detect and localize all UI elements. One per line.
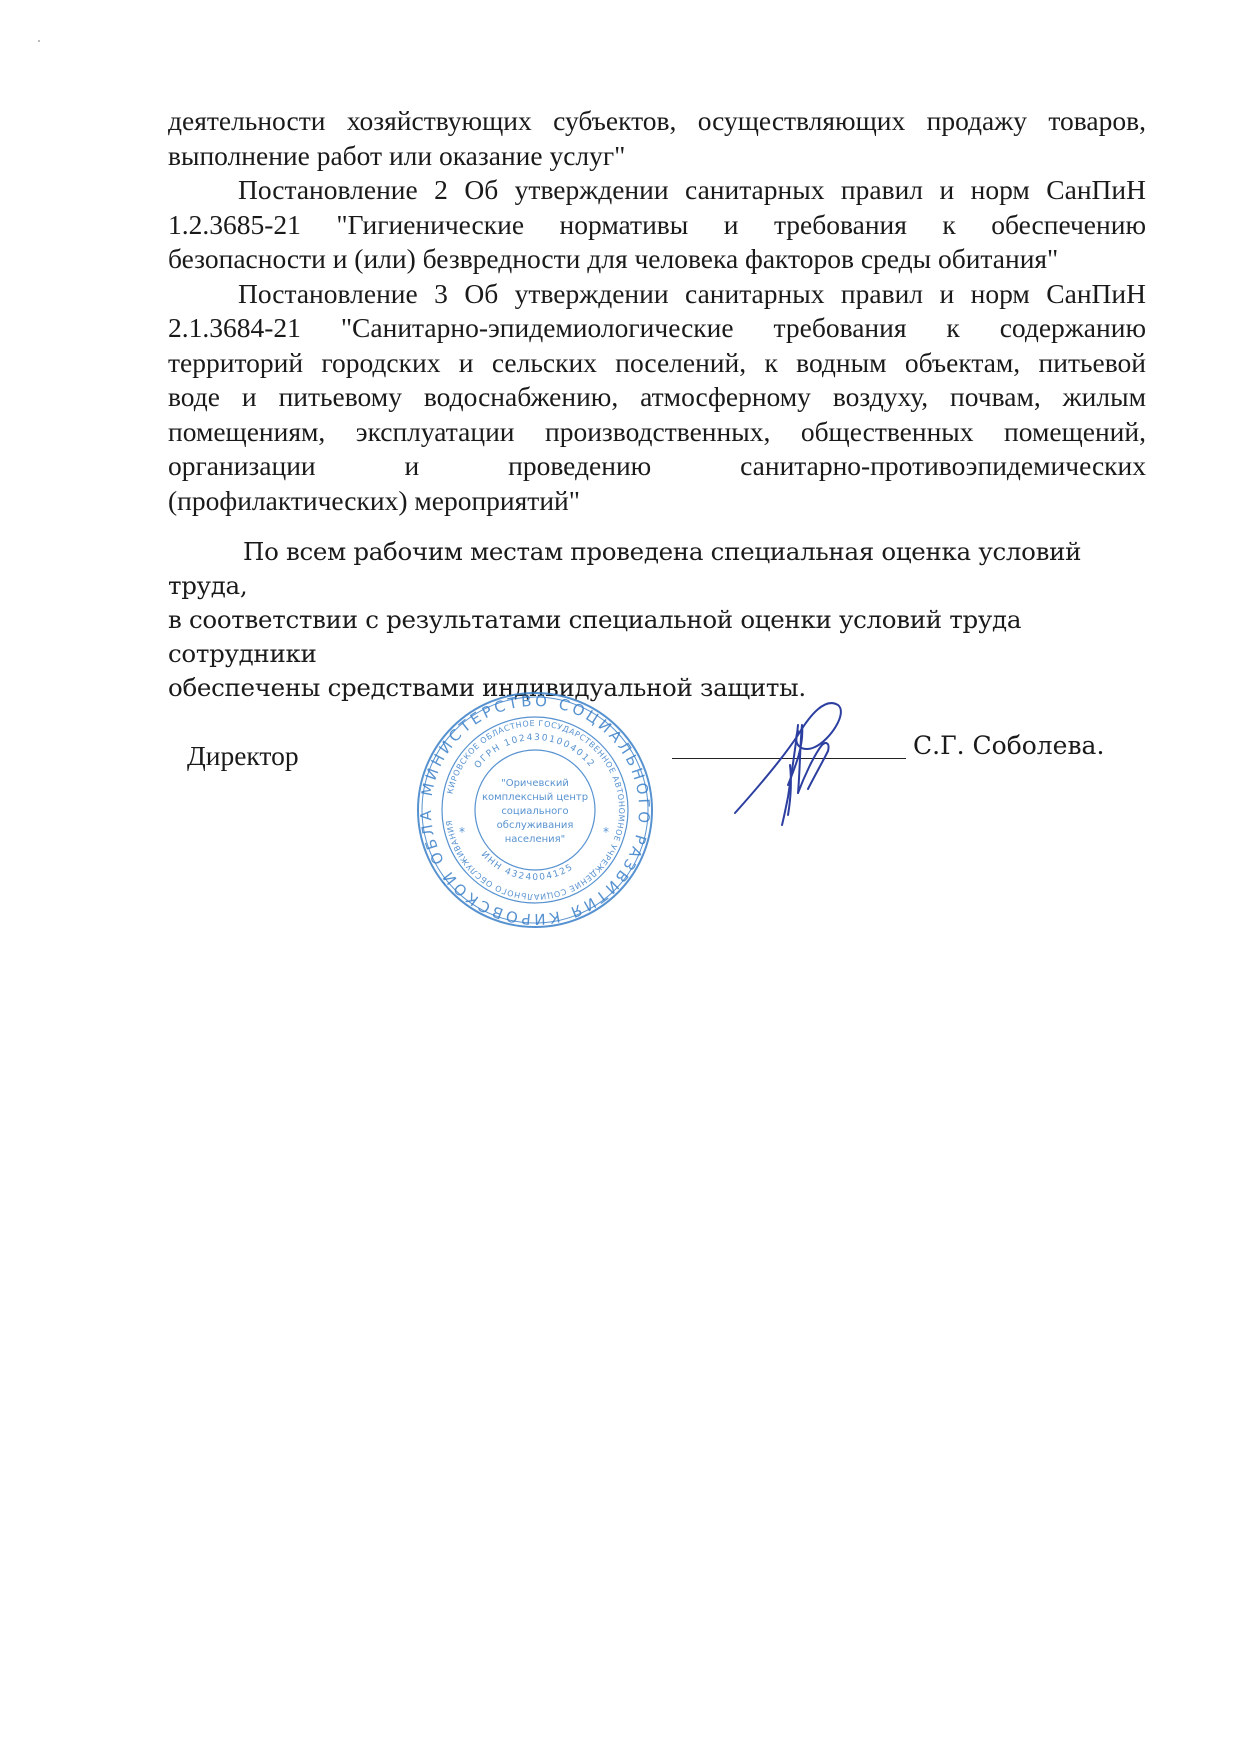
handwritten-signature-icon: [730, 685, 870, 835]
text-line: выполнение работ или оказание услуг": [168, 139, 1146, 174]
official-stamp-icon: МИНИСТЕРСТВО СОЦИАЛЬНОГО РАЗВИТИЯ КИРОВС…: [415, 690, 655, 930]
text-line: деятельности хозяйствующих субъектов, ос…: [168, 104, 1146, 139]
text-line: Постановление 2 Об утверждении санитарны…: [168, 173, 1146, 208]
text-line: организации и проведению санитарно-проти…: [168, 449, 1146, 484]
svg-text:социального: социального: [501, 806, 568, 817]
text-line: территорий городских и сельских поселени…: [168, 346, 1146, 381]
text-line: безопасности и (или) безвредности для че…: [168, 242, 1146, 277]
scan-speck: [38, 40, 40, 42]
signatory-name: С.Г. Соболева.: [913, 731, 1104, 760]
paragraph-resolution-2: Постановление 2 Об утверждении санитарны…: [168, 173, 1146, 277]
text-line: 2.1.3684-21 "Санитарно-эпидемиологически…: [168, 311, 1146, 346]
svg-text:ИНН 4324004125: ИНН 4324004125: [479, 850, 576, 883]
text-line: обеспечены средствами индивидуальной защ…: [168, 671, 1146, 705]
text-line: Постановление 3 Об утверждении санитарны…: [168, 277, 1146, 312]
paragraph-continuation: деятельности хозяйствующих субъектов, ос…: [168, 104, 1146, 173]
svg-text:комплексный центр: комплексный центр: [482, 792, 588, 803]
text-line: в соответствии с результатами специально…: [168, 603, 1146, 671]
paragraph-resolution-3: Постановление 3 Об утверждении санитарны…: [168, 277, 1146, 519]
svg-text:*: *: [459, 825, 465, 839]
text-line: 1.2.3685-21 "Гигиенические нормативы и т…: [168, 208, 1146, 243]
svg-text:"Оричевский: "Оричевский: [501, 778, 569, 789]
document-page: деятельности хозяйствующих субъектов, ос…: [0, 0, 1242, 1755]
svg-text:*: *: [603, 825, 609, 839]
text-line: (профилактических) мероприятий": [168, 484, 1146, 519]
body-text: деятельности хозяйствующих субъектов, ос…: [168, 104, 1146, 518]
paragraph-assessment: По всем рабочим местам проведена специал…: [168, 535, 1146, 705]
text-line: помещениям, эксплуатации производственны…: [168, 415, 1146, 450]
signatory-position: Директор: [187, 740, 299, 772]
text-line: По всем рабочим местам проведена специал…: [168, 535, 1146, 603]
svg-text:населения": населения": [505, 834, 566, 845]
text-line: воде и питьевому водоснабжению, атмосфер…: [168, 380, 1146, 415]
svg-text:обслуживания: обслуживания: [497, 820, 574, 831]
